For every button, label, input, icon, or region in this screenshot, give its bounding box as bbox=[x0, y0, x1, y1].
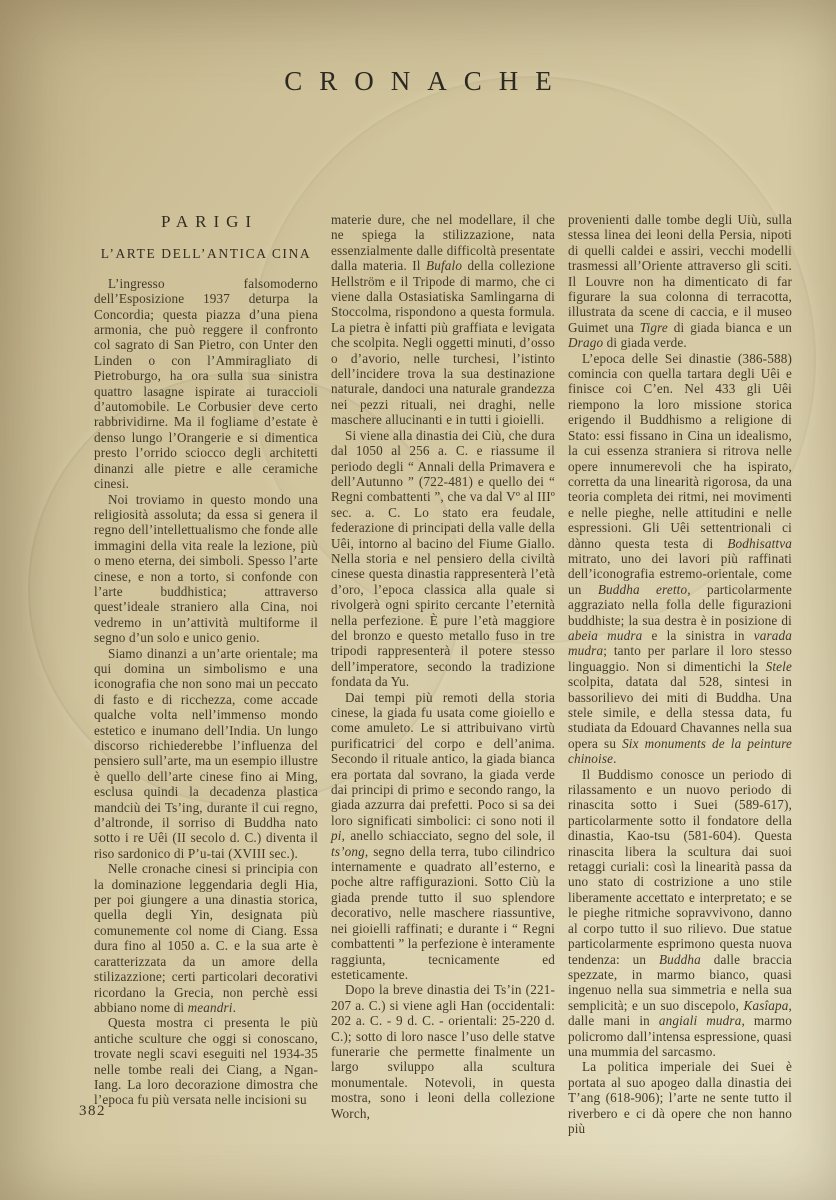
paragraph: Dopo la breve dinastia dei Ts’in (221-20… bbox=[331, 982, 555, 1121]
paragraph: L’ingresso falsomoderno dell’Esposizione… bbox=[94, 276, 318, 492]
paragraph: Questa mostra ci presenta le più antiche… bbox=[94, 1015, 318, 1107]
column-2: materie dure, che nel modellare, il che … bbox=[331, 212, 555, 1136]
paragraph: Nelle cronache cinesi si principia con l… bbox=[94, 861, 318, 1015]
paragraph: Dai tempi più remoti della storia cinese… bbox=[331, 690, 555, 983]
paragraph: La politica imperiale dei Suei è portata… bbox=[568, 1059, 792, 1136]
paragraph-continuation: materie dure, che nel modellare, il che … bbox=[331, 212, 555, 428]
page-number: 382 bbox=[79, 1103, 106, 1120]
article-columns: PARIGI L’ARTE DELL’ANTICA CINA L’ingress… bbox=[94, 212, 792, 1136]
section-header: CRONACHE bbox=[0, 66, 836, 97]
scanned-journal-page: CRONACHE PARIGI L’ARTE DELL’ANTICA CINA … bbox=[0, 0, 836, 1200]
paragraph: L’epoca delle Sei dinastie (386-588) com… bbox=[568, 351, 792, 767]
paragraph: Il Buddismo conosce un periodo di rilass… bbox=[568, 767, 792, 1060]
paragraph-continuation: provenienti dalle tombe degli Uiù, sulla… bbox=[568, 212, 792, 351]
paragraph: Noi troviamo in questo mondo una religio… bbox=[94, 492, 318, 646]
article-city-heading: PARIGI bbox=[94, 214, 318, 229]
paragraph: Si viene alla dinastia dei Ciù, che dura… bbox=[331, 428, 555, 690]
paragraph: Siamo dinanzi a un’arte orientale; ma qu… bbox=[94, 646, 318, 862]
column-1: PARIGI L’ARTE DELL’ANTICA CINA L’ingress… bbox=[94, 212, 318, 1136]
column-3: provenienti dalle tombe degli Uiù, sulla… bbox=[568, 212, 792, 1136]
article-title: L’ARTE DELL’ANTICA CINA bbox=[94, 246, 318, 261]
